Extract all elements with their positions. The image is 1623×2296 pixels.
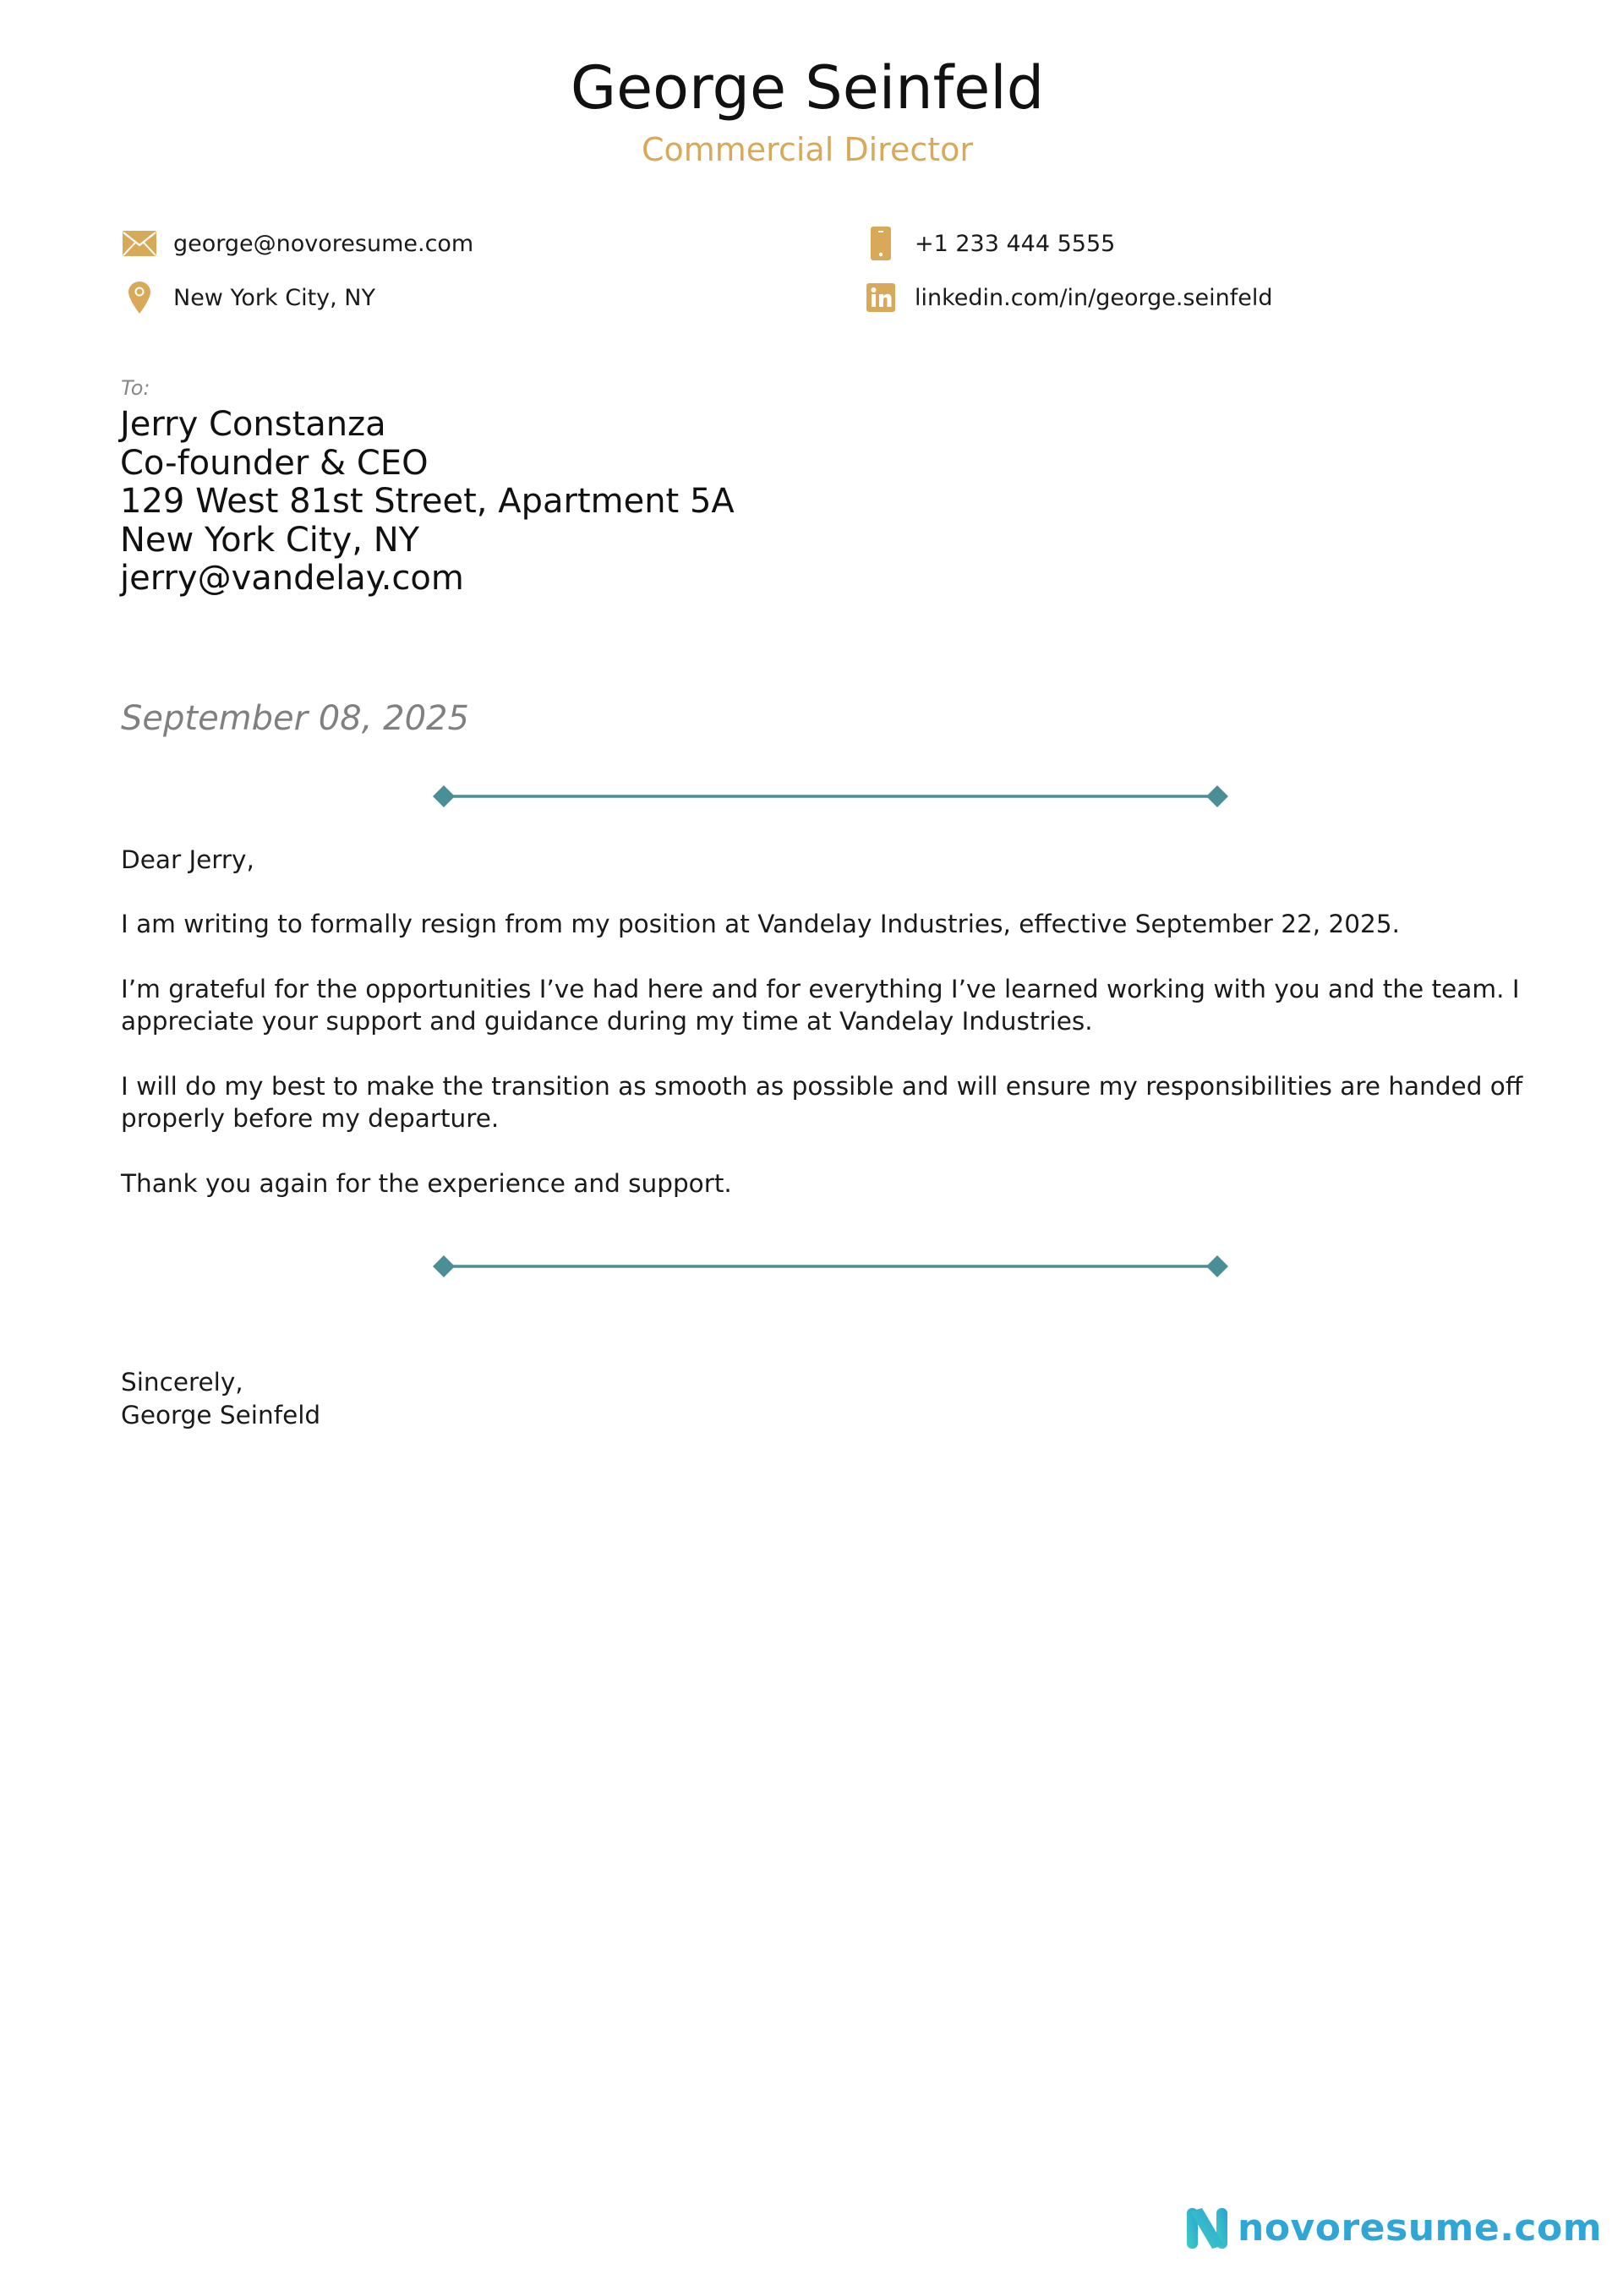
contact-linkedin-text[interactable]: linkedin.com/in/george.seinfeld [915,285,1272,311]
sender-name: George Seinfeld [0,52,1615,123]
closing: Sincerely, [121,1366,320,1399]
phone-icon [862,225,899,262]
letter-body: Dear Jerry, I am writing to formally res… [121,844,1524,1233]
letter-date: September 08, 2025 [121,695,469,742]
contact-email-text[interactable]: george@novoresume.com [173,231,473,257]
novoresume-n-icon [1185,2206,1229,2250]
novoresume-logo[interactable]: novoresume.com [1185,2205,1602,2252]
recipient-block: Jerry Constanza Co-founder & CEO 129 Wes… [120,406,735,599]
contact-phone[interactable]: +1 233 444 5555 [862,225,1115,262]
recipient-city: New York City, NY [120,522,735,560]
paragraph: I am writing to formally resign from my … [121,908,1524,940]
contact-location-text: New York City, NY [173,285,375,311]
contact-location: New York City, NY [121,279,375,316]
greeting: Dear Jerry, [121,844,1524,876]
paragraph: I will do my best to make the transition… [121,1070,1524,1134]
linkedin-icon [862,279,899,316]
recipient-street: 129 West 81st Street, Apartment 5A [120,483,735,522]
recipient-label: To: [121,375,150,401]
signoff: Sincerely, George Seinfeld [121,1366,320,1432]
divider-top [431,784,1230,809]
paragraph: Thank you again for the experience and s… [121,1167,1524,1200]
contact-linkedin[interactable]: linkedin.com/in/george.seinfeld [862,279,1272,316]
envelope-icon [121,225,158,262]
recipient-name: Jerry Constanza [120,406,735,445]
logo-text: novoresume.com [1238,2205,1602,2252]
sender-title: Commercial Director [0,128,1615,171]
divider-bottom [431,1254,1230,1279]
contact-email[interactable]: george@novoresume.com [121,225,473,262]
recipient-email[interactable]: jerry@vandelay.com [120,560,735,599]
contact-phone-text[interactable]: +1 233 444 5555 [915,231,1115,257]
map-pin-icon [121,279,158,316]
signature: George Seinfeld [121,1399,320,1432]
paragraph: I’m grateful for the opportunities I’ve … [121,973,1524,1037]
recipient-role: Co-founder & CEO [120,445,735,484]
